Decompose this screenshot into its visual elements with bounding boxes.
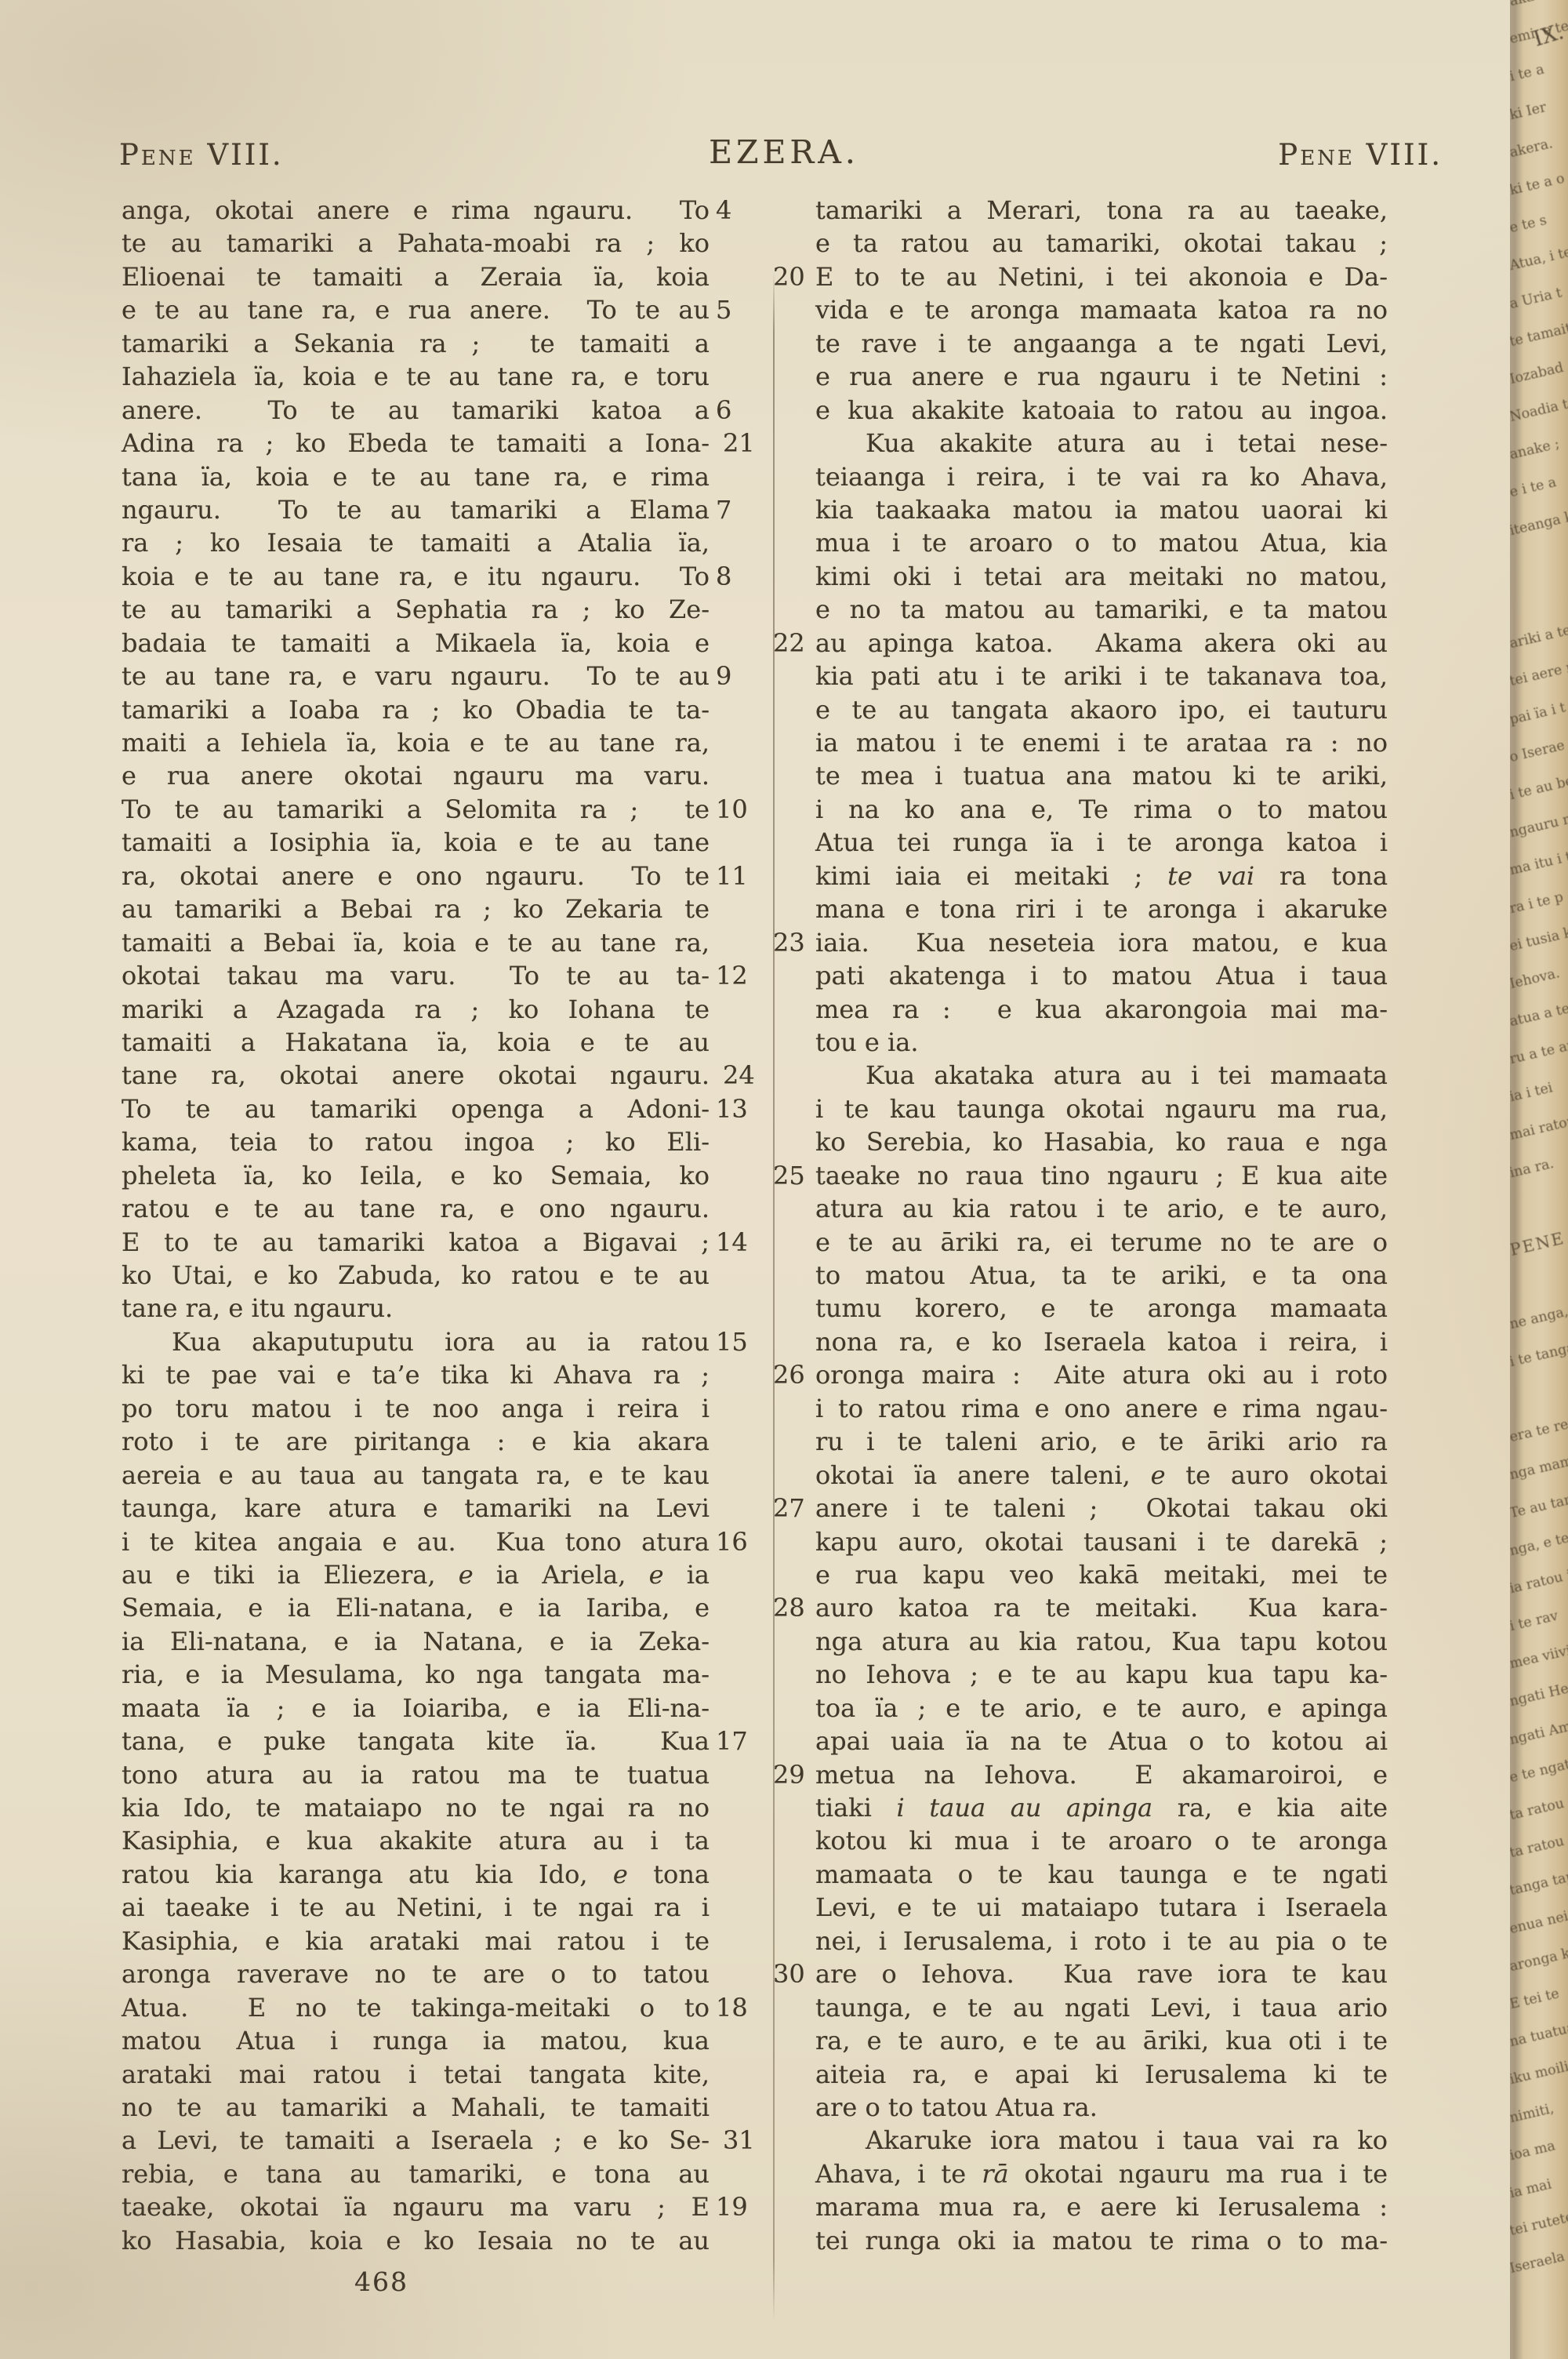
text-line: a Levi, te tamaiti a Iseraela ; e ko Se- xyxy=(122,2124,710,2157)
text-line: are o to tatou Atua ra. xyxy=(815,2091,1388,2124)
line-text: Ahava, i te rā okotai ngauru ma rua i te xyxy=(815,2159,1388,2189)
text-line: anere i te taleni ; Okotai takau oki27 xyxy=(815,1492,1388,1525)
line-text: To te au tamariki a Selomita ra ; te xyxy=(122,794,710,824)
line-text: Elioenai te tamaiti a Zeraia ïa, koia xyxy=(122,262,710,292)
line-text: Kasiphia, e kia arataki mai ratou i te xyxy=(122,1926,710,1956)
line-text: i te kitea angaia e au. Kua tono atura xyxy=(122,1527,710,1557)
text-line: taeake, okotai ïa ngauru ma varu ; E19 xyxy=(122,2190,710,2223)
line-text: tamaiti a Iosiphia ïa, koia e te au tane xyxy=(122,827,710,857)
line-text: tou e ia. xyxy=(815,1027,919,1057)
line-text: Iahaziela ïa, koia e te au tane ra, e to… xyxy=(122,362,710,391)
text-line: e te au āriki ra, ei terume no te are o xyxy=(815,1226,1388,1259)
text-line: Kua akaputuputu iora au ia ratou15 xyxy=(122,1325,710,1358)
text-line: kama, teia to ratou ingoa ; ko Eli- xyxy=(122,1125,710,1158)
text-line: matou Atua i runga ia matou, kua xyxy=(122,2024,710,2057)
text-line: badaia te tamaiti a Mikaela ïa, koia e xyxy=(122,627,710,660)
verse-number: 12 xyxy=(716,959,760,992)
line-text: tamariki a Merari, tona ra au taeake, xyxy=(815,195,1388,225)
line-text: au apinga katoa. Akama akera oki au xyxy=(815,628,1388,658)
text-line: Elioenai te tamaiti a Zeraia ïa, koia xyxy=(122,260,710,293)
verse-number: 22 xyxy=(773,627,809,660)
line-text: nona ra, e ko Iseraela katoa i reira, i xyxy=(815,1327,1388,1357)
text-line: i na ko ana e, Te rima o to matou xyxy=(815,793,1388,826)
line-text: Kasiphia, e kua akakite atura au i ta xyxy=(122,1826,710,1856)
text-line: Adina ra ; ko Ebeda te tamaiti a Iona- xyxy=(122,427,710,460)
line-text: teiaanga i reira, i te vai ra ko Ahava, xyxy=(815,462,1388,492)
line-text: kia pati atu i te ariki i te takanava to… xyxy=(815,661,1388,691)
text-line: nona ra, e ko Iseraela katoa i reira, i xyxy=(815,1325,1388,1358)
line-text: taunga, e te au ngati Levi, i taua ario xyxy=(815,1993,1388,2023)
text-line: e no ta matou au tamariki, e ta matou xyxy=(815,593,1388,626)
line-text: te mea i tuatua ana matou ki te ariki, xyxy=(815,761,1388,791)
text-line: tamaiti a Iosiphia ïa, koia e te au tane xyxy=(122,826,710,859)
scanned-book-page: Pene VIII. EZERA. Pene VIII. anga, okota… xyxy=(0,0,1568,2359)
text-line: aronga raverave no te are o to tatou xyxy=(122,1957,710,1990)
adjacent-page-edge: akaoraemi, e tei te aki Ierakera.ki te a… xyxy=(1510,0,1568,2359)
text-line: nei, i Ierusalema, i roto i te au pia o … xyxy=(815,1925,1388,1957)
line-text: tono atura au ia ratou ma te tuatua xyxy=(122,1760,710,1790)
text-line: anga, okotai anere e rima ngauru. To4 xyxy=(122,194,710,227)
line-text: e te au tane ra, e rua anere. To te au xyxy=(122,295,710,325)
text-line: ratou e te au tane ra, e ono ngauru. xyxy=(122,1192,710,1225)
text-line: po toru matou i te noo anga i reira i xyxy=(122,1392,710,1425)
line-text: koia e te au tane ra, e itu ngauru. To xyxy=(122,562,710,591)
text-line: e rua kapu veo kakā meitaki, mei te xyxy=(815,1558,1388,1591)
text-line: tana ïa, koia e te au tane ra, e rima xyxy=(122,460,710,493)
text-line: no Iehova ; e te au kapu kua tapu ka- xyxy=(815,1658,1388,1691)
text-line: rebia, e tana au tamariki, e tona au xyxy=(122,2157,710,2190)
text-line: kapu auro, okotai tausani i te darekā ; xyxy=(815,1525,1388,1558)
text-line: Kua akakite atura au i tetai nese-21 xyxy=(815,427,1388,460)
text-line: kia taakaaka matou ia matou uaorai ki xyxy=(815,493,1388,526)
line-text: arataki mai ratou i tetai tangata kite, xyxy=(122,2059,710,2089)
verse-number: 20 xyxy=(773,260,809,293)
text-line: To te au tamariki a Selomita ra ; te10 xyxy=(122,793,710,826)
text-column-right: tamariki a Merari, tona ra au taeake,e t… xyxy=(815,194,1388,2257)
line-text: anere i te taleni ; Okotai takau oki xyxy=(815,1493,1388,1523)
line-text: ra, okotai anere e ono ngauru. To te xyxy=(122,861,710,891)
verse-number: 14 xyxy=(716,1226,760,1259)
text-line: maiti a Iehiela ïa, koia e te au tane ra… xyxy=(122,726,710,759)
text-line: anere. To te au tamariki katoa a6 xyxy=(122,394,710,427)
text-line: kia Ido, te mataiapo no te ngai ra no xyxy=(122,1791,710,1824)
text-line: te rave i te angaanga a te ngati Levi, xyxy=(815,327,1388,360)
verse-number: 10 xyxy=(716,793,760,826)
line-text: metua na Iehova. E akamaroiroi, e xyxy=(815,1760,1388,1790)
verse-number: 27 xyxy=(773,1492,809,1525)
text-line: te au tamariki a Pahata-moabi ra ; ko xyxy=(122,227,710,260)
line-text: taeake no raua tino ngauru ; E kua aite xyxy=(815,1161,1388,1190)
text-line: tamariki a Merari, tona ra au taeake, xyxy=(815,194,1388,227)
verse-number: 16 xyxy=(716,1525,760,1558)
line-text: kapu auro, okotai tausani i te darekā ; xyxy=(815,1527,1388,1557)
text-line: kia pati atu i te ariki i te takanava to… xyxy=(815,660,1388,692)
line-text: tumu korero, e te aronga mamaata xyxy=(815,1293,1388,1323)
text-line: te mea i tuatua ana matou ki te ariki, xyxy=(815,759,1388,792)
text-line: ia Eli-natana, e ia Natana, e ia Zeka- xyxy=(122,1625,710,1658)
text-line: mariki a Azagada ra ; ko Iohana te xyxy=(122,993,710,1026)
text-line: Kasiphia, e kia arataki mai ratou i te xyxy=(122,1925,710,1957)
line-text: rebia, e tana au tamariki, e tona au xyxy=(122,2159,710,2189)
text-line: E to te au tamariki katoa a Bigavai ;14 xyxy=(122,1226,710,1259)
line-text: te rave i te angaanga a te ngati Levi, xyxy=(815,329,1388,358)
text-line: Ahava, i te rā okotai ngauru ma rua i te xyxy=(815,2157,1388,2190)
line-text: mariki a Azagada ra ; ko Iohana te xyxy=(122,994,710,1024)
line-text: no Iehova ; e te au kapu kua tapu ka- xyxy=(815,1659,1388,1689)
line-text: kia Ido, te mataiapo no te ngai ra no xyxy=(122,1793,710,1823)
text-line: ru i te taleni ario, e te āriki ario ra xyxy=(815,1425,1388,1458)
line-text: apai uaia ïa na te Atua o to kotou ai xyxy=(815,1726,1388,1756)
line-text: kimi oki i tetai ara meitaki no matou, xyxy=(815,562,1388,591)
line-text: kotou ki mua i te aroaro o te aronga xyxy=(815,1826,1388,1856)
text-line: no te au tamariki a Mahali, te tamaiti xyxy=(122,2091,710,2124)
text-line: ra, okotai anere e ono ngauru. To te11 xyxy=(122,860,710,892)
line-text: oronga maira : Aite atura oki au i roto xyxy=(815,1360,1388,1390)
text-line: toa ïa ; e te ario, e te auro, e apinga xyxy=(815,1692,1388,1725)
text-line: okotai takau ma varu. To te au ta-12 xyxy=(122,959,710,992)
verse-number: 24 xyxy=(723,1059,759,1092)
text-line: Akaruke iora matou i taua vai ra ko31 xyxy=(815,2124,1388,2157)
line-text: Kua akaputuputu iora au ia ratou xyxy=(172,1327,710,1357)
text-line: mea ra : e kua akarongoia mai ma- xyxy=(815,993,1388,1026)
line-text: mea ra : e kua akarongoia mai ma- xyxy=(815,994,1388,1024)
text-line: pheleta ïa, ko Ieila, e ko Semaia, ko xyxy=(122,1159,710,1192)
text-line: i to ratou rima e ono anere e rima ngau- xyxy=(815,1392,1388,1425)
text-line: ia matou i te enemi i te arataa ra : no xyxy=(815,726,1388,759)
line-text: taunga, kare atura e tamariki na Levi xyxy=(122,1493,710,1523)
line-text: i na ko ana e, Te rima o to matou xyxy=(815,794,1388,824)
line-text: po toru matou i te noo anga i reira i xyxy=(122,1394,710,1423)
line-text: tamaiti a Hakatana ïa, koia e te au xyxy=(122,1027,710,1057)
line-text: tei runga oki ia matou te rima o to ma- xyxy=(815,2226,1388,2255)
text-line: koia e te au tane ra, e itu ngauru. To8 xyxy=(122,560,710,593)
line-text: anga, okotai anere e rima ngauru. To xyxy=(122,195,710,225)
text-line: nga atura au kia ratou, Kua tapu kotou xyxy=(815,1625,1388,1658)
line-text: ra, e te auro, e te au āriki, kua oti i … xyxy=(815,2026,1388,2055)
text-line: tono atura au ia ratou ma te tuatua xyxy=(122,1758,710,1791)
text-line: arataki mai ratou i tetai tangata kite, xyxy=(122,2058,710,2091)
text-line: te au tamariki a Sephatia ra ; ko Ze- xyxy=(122,593,710,626)
line-text: kimi iaia ei meitaki ; te vai ra tona xyxy=(815,861,1388,891)
line-text: auro katoa ra te meitaki. Kua kara- xyxy=(815,1593,1388,1623)
line-text: to matou Atua, ta te ariki, e ta ona xyxy=(815,1260,1388,1290)
line-text: Kua akataka atura au i tei mamaata xyxy=(866,1060,1388,1090)
line-text: te au tamariki a Pahata-moabi ra ; ko xyxy=(122,228,710,258)
line-text: toa ïa ; e te ario, e te auro, e apinga xyxy=(815,1693,1388,1723)
verse-number: 23 xyxy=(773,926,809,959)
verse-number: 30 xyxy=(773,1957,809,1990)
page-number: 468 xyxy=(354,2266,408,2297)
text-line: metua na Iehova. E akamaroiroi, e29 xyxy=(815,1758,1388,1791)
text-line: auro katoa ra te meitaki. Kua kara-28 xyxy=(815,1591,1388,1624)
line-text: are o Iehova. Kua rave iora te kau xyxy=(815,1959,1388,1989)
text-line: are o Iehova. Kua rave iora te kau30 xyxy=(815,1957,1388,1990)
line-text: ru i te taleni ario, e te āriki ario ra xyxy=(815,1427,1388,1456)
text-line: e rua anere e rua ngauru i te Netini : xyxy=(815,360,1388,393)
text-column-left: anga, okotai anere e rima ngauru. To4te … xyxy=(122,194,710,2257)
line-text: e te au tangata akaoro ipo, ei tauturu xyxy=(815,695,1388,725)
text-line: mamaata o te kau taunga e te ngati xyxy=(815,1858,1388,1891)
text-line: roto i te are piritanga : e kia akara xyxy=(122,1425,710,1458)
verse-number: 17 xyxy=(716,1725,760,1757)
text-line: te au tane ra, e varu ngauru. To te au9 xyxy=(122,660,710,692)
line-text: E to te au tamariki katoa a Bigavai ; xyxy=(122,1227,710,1257)
line-text: tamaiti a Bebai ïa, koia e te au tane ra… xyxy=(122,928,710,958)
verse-number: 13 xyxy=(716,1092,760,1125)
line-text: Akaruke iora matou i taua vai ra ko xyxy=(866,2125,1388,2155)
line-text: i te kau taunga okotai ngauru ma rua, xyxy=(815,1094,1388,1124)
verse-number: 15 xyxy=(716,1325,760,1358)
text-line: Kasiphia, e kua akakite atura au i ta xyxy=(122,1824,710,1857)
text-line: kimi oki i tetai ara meitaki no matou, xyxy=(815,560,1388,593)
verse-number: 19 xyxy=(716,2190,760,2223)
text-line: teiaanga i reira, i te vai ra ko Ahava, xyxy=(815,460,1388,493)
text-line: okotai ïa anere taleni, e te auro okotai xyxy=(815,1459,1388,1492)
line-text: ngauru. To te au tamariki a Elama xyxy=(122,495,710,525)
line-text: iaia. Kua neseteia iora matou, e kua xyxy=(815,928,1388,958)
text-line: ai taeake i te au Netini, i te ngai ra i xyxy=(122,1891,710,1924)
verse-number: 6 xyxy=(716,394,760,427)
text-line: Atua tei runga ïa i te aronga katoa i xyxy=(815,826,1388,859)
line-text: vida e te aronga mamaata katoa ra no xyxy=(815,295,1388,325)
verse-number: 26 xyxy=(773,1358,809,1391)
line-text: e ta ratou au tamariki, okotai takau ; xyxy=(815,228,1388,258)
line-text: anere. To te au tamariki katoa a xyxy=(122,395,710,425)
text-line: au tamariki a Bebai ra ; ko Zekaria te xyxy=(122,892,710,925)
column-divider-rule xyxy=(773,271,775,2321)
text-line: au e tiki ia Eliezera, e ia Ariela, e ia xyxy=(122,1558,710,1591)
verse-number: 21 xyxy=(723,427,759,460)
line-text: e kua akakite katoaia to ratou au ingoa. xyxy=(815,395,1388,425)
text-line: taeake no raua tino ngauru ; E kua aite2… xyxy=(815,1159,1388,1192)
line-text: ki te pae vai e ta’e tika ki Ahava ra ; xyxy=(122,1360,710,1390)
text-line: marama mua ra, e aere ki Ierusalema : xyxy=(815,2190,1388,2223)
text-line: e te au tane ra, e rua anere. To te au5 xyxy=(122,293,710,326)
line-text: te au tane ra, e varu ngauru. To te au xyxy=(122,661,710,691)
verse-number: 25 xyxy=(773,1159,809,1192)
line-text: au e tiki ia Eliezera, e ia Ariela, e ia xyxy=(122,1560,710,1590)
line-text: e no ta matou au tamariki, e ta matou xyxy=(815,594,1388,624)
text-line: oronga maira : Aite atura oki au i roto2… xyxy=(815,1358,1388,1391)
line-text: matou Atua i runga ia matou, kua xyxy=(122,2026,710,2055)
line-text: ko Utai, e ko Zabuda, ko ratou e te au xyxy=(122,1260,710,1290)
line-text: e rua kapu veo kakā meitaki, mei te xyxy=(815,1560,1388,1590)
text-line: ra ; ko Iesaia te tamaiti a Atalia ïa, xyxy=(122,526,710,559)
line-text: mamaata o te kau taunga e te ngati xyxy=(815,1859,1388,1889)
text-line: tumu korero, e te aronga mamaata xyxy=(815,1292,1388,1325)
line-text: aereia e au taua au tangata ra, e te kau xyxy=(122,1460,710,1490)
text-line: ngauru. To te au tamariki a Elama7 xyxy=(122,493,710,526)
line-text: atura au kia ratou i te ario, e te auro, xyxy=(815,1194,1388,1223)
text-line: atura au kia ratou i te ario, e te auro, xyxy=(815,1192,1388,1225)
adjacent-page-text: akaoraemi, e tei te aki Ierakera.ki te a… xyxy=(1512,0,1568,2299)
text-line: Atua. E no te takinga-meitaki o to18 xyxy=(122,1991,710,2024)
text-line: aereia e au taua au tangata ra, e te kau xyxy=(122,1459,710,1492)
text-line: aiteia ra, e apai ki Ierusalema ki te xyxy=(815,2058,1388,2091)
text-line: tane ra, e itu ngauru. xyxy=(122,1292,710,1325)
line-text: Levi, e te ui mataiapo tutara i Iseraela xyxy=(815,1892,1388,1922)
line-text: taeake, okotai ïa ngauru ma varu ; E xyxy=(122,2192,710,2222)
text-line: mua i te aroaro o to matou Atua, kia xyxy=(815,526,1388,559)
verse-number: 31 xyxy=(723,2124,759,2157)
line-text: tana ïa, koia e te au tane ra, e rima xyxy=(122,462,710,492)
verse-number: 18 xyxy=(716,1991,760,2024)
text-line: to matou Atua, ta te ariki, e ta ona xyxy=(815,1259,1388,1292)
line-text: mana e tona riri i te aronga i akaruke xyxy=(815,894,1388,924)
text-line: au apinga katoa. Akama akera oki au22 xyxy=(815,627,1388,660)
text-line: Kua akataka atura au i tei mamaata24 xyxy=(815,1059,1388,1092)
verse-number: 11 xyxy=(716,860,760,892)
line-text: au tamariki a Bebai ra ; ko Zekaria te xyxy=(122,894,710,924)
line-text: ratou kia karanga atu kia Ido, e tona xyxy=(122,1859,710,1889)
text-line: pati akatenga i to matou Atua i taua xyxy=(815,959,1388,992)
line-text: a Levi, te tamaiti a Iseraela ; e ko Se- xyxy=(122,2125,710,2155)
text-line: kimi iaia ei meitaki ; te vai ra tona xyxy=(815,860,1388,892)
text-line: i te kitea angaia e au. Kua tono atura16 xyxy=(122,1525,710,1558)
line-text: e rua anere e rua ngauru i te Netini : xyxy=(815,362,1388,391)
text-line: E to te au Netini, i tei akonoia e Da-20 xyxy=(815,260,1388,293)
line-text: marama mua ra, e aere ki Ierusalema : xyxy=(815,2192,1388,2222)
line-text: ai taeake i te au Netini, i te ngai ra i xyxy=(122,1892,710,1922)
text-line: taunga, kare atura e tamariki na Levi xyxy=(122,1492,710,1525)
line-text: Semaia, e ia Eli-natana, e ia Iariba, e xyxy=(122,1593,710,1623)
text-line: ratou kia karanga atu kia Ido, e tona xyxy=(122,1858,710,1891)
line-text: maiti a Iehiela ïa, koia e te au tane ra… xyxy=(122,728,710,758)
text-line: maata ïa ; e ia Ioiariba, e ia Eli-na- xyxy=(122,1692,710,1725)
line-text: e te au āriki ra, ei terume no te are o xyxy=(815,1227,1388,1257)
text-line: tamariki a Ioaba ra ; ko Obadia te ta- xyxy=(122,693,710,726)
text-line: ko Hasabia, koia e ko Iesaia no te au xyxy=(122,2224,710,2257)
line-text: okotai ïa anere taleni, e te auro okotai xyxy=(815,1460,1388,1490)
line-text: nga atura au kia ratou, Kua tapu kotou xyxy=(815,1627,1388,1656)
text-line: kotou ki mua i te aroaro o te aronga xyxy=(815,1824,1388,1857)
text-line: taunga, e te au ngati Levi, i taua ario xyxy=(815,1991,1388,2024)
line-text: pheleta ïa, ko Ieila, e ko Semaia, ko xyxy=(122,1161,710,1190)
line-text: tane ra, okotai anere okotai ngauru. xyxy=(122,1060,710,1090)
text-line: ko Utai, e ko Zabuda, ko ratou e te au xyxy=(122,1259,710,1292)
verse-number: 28 xyxy=(773,1591,809,1624)
line-text: roto i te are piritanga : e kia akara xyxy=(122,1427,710,1456)
line-text: ra ; ko Iesaia te tamaiti a Atalia ïa, xyxy=(122,528,710,558)
line-text: Atua tei runga ïa i te aronga katoa i xyxy=(815,827,1388,857)
verse-number: 9 xyxy=(716,660,760,692)
line-text: kama, teia to ratou ingoa ; ko Eli- xyxy=(122,1127,710,1157)
line-text: okotai takau ma varu. To te au ta- xyxy=(122,961,710,990)
line-text: Kua akakite atura au i tetai nese- xyxy=(866,428,1388,458)
line-text: ratou e te au tane ra, e ono ngauru. xyxy=(122,1194,710,1223)
line-text: aiteia ra, e apai ki Ierusalema ki te xyxy=(815,2059,1388,2089)
text-line: mana e tona riri i te aronga i akaruke xyxy=(815,892,1388,925)
text-line: To te au tamariki openga a Adoni-13 xyxy=(122,1092,710,1125)
verse-number: 4 xyxy=(716,194,760,227)
text-line: e te au tangata akaoro ipo, ei tauturu xyxy=(815,693,1388,726)
text-line: tana, e puke tangata kite ïa. Kua17 xyxy=(122,1725,710,1757)
text-line: tane ra, okotai anere okotai ngauru. xyxy=(122,1059,710,1092)
verse-number: 29 xyxy=(773,1758,809,1791)
text-line: tou e ia. xyxy=(815,1026,1388,1059)
line-text: mua i te aroaro o to matou Atua, kia xyxy=(815,528,1388,558)
line-text: tana, e puke tangata kite ïa. Kua xyxy=(122,1726,710,1756)
line-text: nei, i Ierusalema, i roto i te au pia o … xyxy=(815,1926,1388,1956)
text-line: ko Serebia, ko Hasabia, ko raua e nga xyxy=(815,1125,1388,1158)
line-text: tane ra, e itu ngauru. xyxy=(122,1293,393,1323)
running-head-right: Pene VIII. xyxy=(1278,138,1443,172)
line-text: aronga raverave no te are o to tatou xyxy=(122,1959,710,1989)
text-line: e rua anere okotai ngauru ma varu. xyxy=(122,759,710,792)
line-text: pati akatenga i to matou Atua i taua xyxy=(815,961,1388,990)
line-text: Adina ra ; ko Ebeda te tamaiti a Iona- xyxy=(122,428,710,458)
line-text: are o to tatou Atua ra. xyxy=(815,2092,1098,2122)
line-text: ia Eli-natana, e ia Natana, e ia Zeka- xyxy=(122,1627,710,1656)
text-line: vida e te aronga mamaata katoa ra no xyxy=(815,293,1388,326)
text-line: ra, e te auro, e te au āriki, kua oti i … xyxy=(815,2024,1388,2057)
text-line: tiaki i taua au apinga ra, e kia aite xyxy=(815,1791,1388,1824)
line-text: To te au tamariki openga a Adoni- xyxy=(122,1094,710,1124)
line-text: te au tamariki a Sephatia ra ; ko Ze- xyxy=(122,594,710,624)
verse-number: 8 xyxy=(716,560,760,593)
line-text: tamariki a Sekania ra ; te tamaiti a xyxy=(122,329,710,358)
text-line: ria, e ia Mesulama, ko nga tangata ma- xyxy=(122,1658,710,1691)
line-text: kia taakaaka matou ia matou uaorai ki xyxy=(815,495,1388,525)
text-line: Semaia, e ia Eli-natana, e ia Iariba, e xyxy=(122,1591,710,1624)
text-line: Levi, e te ui mataiapo tutara i Iseraela xyxy=(815,1891,1388,1924)
line-text: ia matou i te enemi i te arataa ra : no xyxy=(815,728,1388,758)
text-line: tamariki a Sekania ra ; te tamaiti a xyxy=(122,327,710,360)
line-text: ko Hasabia, koia e ko Iesaia no te au xyxy=(122,2226,710,2255)
line-text: E to te au Netini, i tei akonoia e Da- xyxy=(815,262,1388,292)
text-line: ki te pae vai e ta’e tika ki Ahava ra ; xyxy=(122,1358,710,1391)
text-line: tamaiti a Hakatana ïa, koia e te au xyxy=(122,1026,710,1059)
text-line: Iahaziela ïa, koia e te au tane ra, e to… xyxy=(122,360,710,393)
line-text: tiaki i taua au apinga ra, e kia aite xyxy=(815,1793,1388,1823)
line-text: ria, e ia Mesulama, ko nga tangata ma- xyxy=(122,1659,710,1689)
line-text: badaia te tamaiti a Mikaela ïa, koia e xyxy=(122,628,710,658)
text-line: tei runga oki ia matou te rima o to ma- xyxy=(815,2224,1388,2257)
verse-number: 7 xyxy=(716,493,760,526)
text-line: iaia. Kua neseteia iora matou, e kua23 xyxy=(815,926,1388,959)
text-line: e kua akakite katoaia to ratou au ingoa. xyxy=(815,394,1388,427)
line-text: ko Serebia, ko Hasabia, ko raua e nga xyxy=(815,1127,1388,1157)
verse-number: 5 xyxy=(716,293,760,326)
line-text: maata ïa ; e ia Ioiariba, e ia Eli-na- xyxy=(122,1693,710,1723)
line-text: e rua anere okotai ngauru ma varu. xyxy=(122,761,710,791)
line-text: tamariki a Ioaba ra ; ko Obadia te ta- xyxy=(122,695,710,725)
line-text: Atua. E no te takinga-meitaki o to xyxy=(122,1993,710,2023)
text-line: e ta ratou au tamariki, okotai takau ; xyxy=(815,227,1388,260)
text-line: apai uaia ïa na te Atua o to kotou ai xyxy=(815,1725,1388,1757)
line-text: i to ratou rima e ono anere e rima ngau- xyxy=(815,1394,1388,1423)
text-line: i te kau taunga okotai ngauru ma rua, xyxy=(815,1092,1388,1125)
line-text: no te au tamariki a Mahali, te tamaiti xyxy=(122,2092,710,2122)
text-line: tamaiti a Bebai ïa, koia e te au tane ra… xyxy=(122,926,710,959)
